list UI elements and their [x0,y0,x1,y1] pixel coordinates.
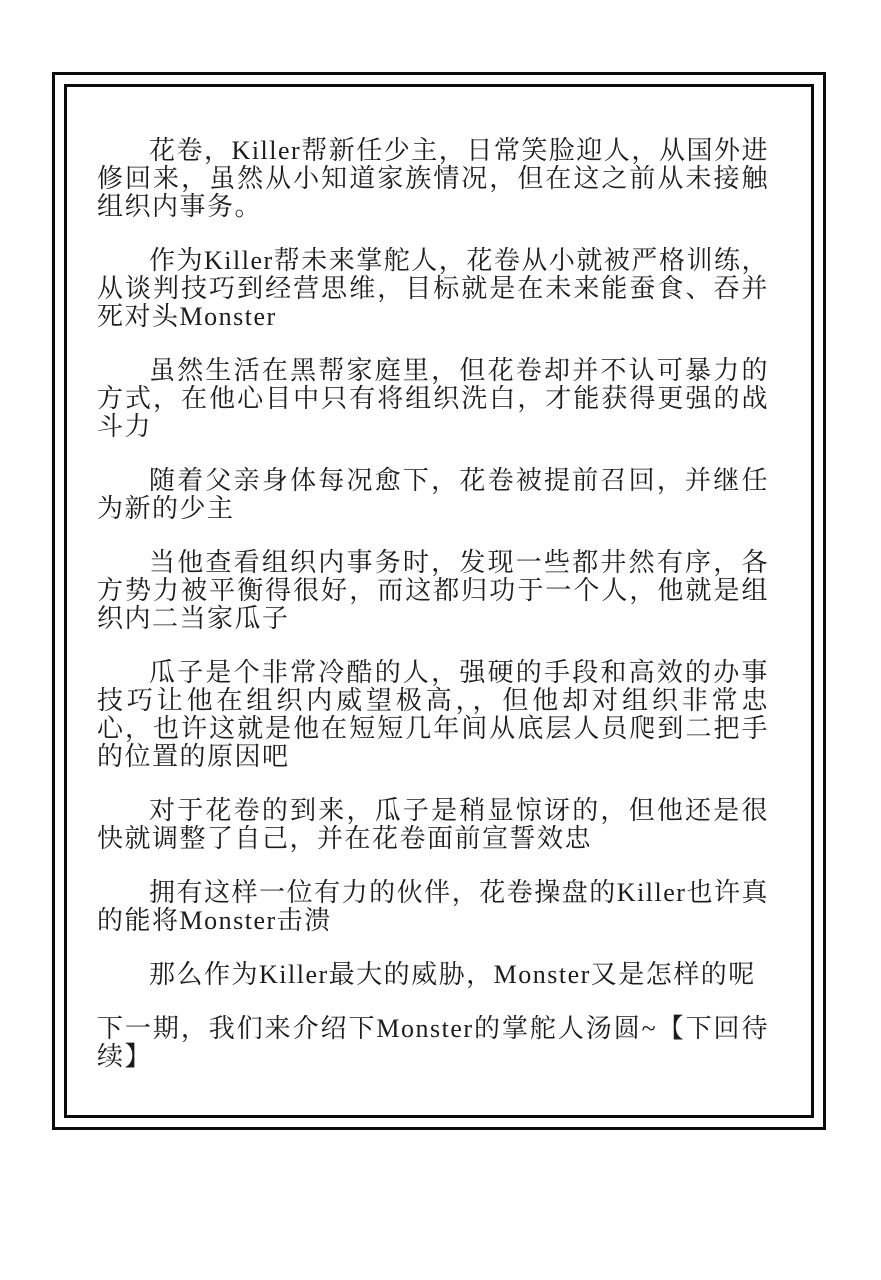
paragraph-3: 虽然生活在黑帮家庭里，但花卷却并不认可暴力的方式，在他心目中只有将组织洗白，才能… [97,357,769,441]
story-text-block: 花卷，Killer帮新任少主，日常笑脸迎人，从国外进修回来，虽然从小知道家族情况… [67,87,811,1115]
paragraph-10-teaser: 下一期，我们来介绍下Monster的掌舵人汤圆~【下回待续】 [97,1015,769,1071]
paragraph-2: 作为Killer帮未来掌舵人，花卷从小就被严格训练，从谈判技巧到经营思维，目标就… [97,247,769,331]
paragraph-1: 花卷，Killer帮新任少主，日常笑脸迎人，从国外进修回来，虽然从小知道家族情况… [97,137,769,221]
paragraph-4: 随着父亲身体每况愈下，花卷被提前召回，并继任为新的少主 [97,467,769,523]
paragraph-9: 那么作为Killer最大的威胁，Monster又是怎样的呢 [97,961,769,989]
paragraph-7: 对于花卷的到来，瓜子是稍显惊讶的，但他还是很快就调整了自己，并在花卷面前宣誓效忠 [97,797,769,853]
outer-border-frame: 花卷，Killer帮新任少主，日常笑脸迎人，从国外进修回来，虽然从小知道家族情况… [52,72,826,1130]
paragraph-5: 当他查看组织内事务时，发现一些都井然有序，各方势力被平衡得很好，而这都归功于一个… [97,549,769,633]
paragraph-6: 瓜子是个非常冷酷的人，强硬的手段和高效的办事技巧让他在组织内威望极高，，但他却对… [97,659,769,771]
inner-border-frame: 花卷，Killer帮新任少主，日常笑脸迎人，从国外进修回来，虽然从小知道家族情况… [64,84,814,1118]
paragraph-8: 拥有这样一位有力的伙伴，花卷操盘的Killer也许真的能将Monster击溃 [97,879,769,935]
document-page: 花卷，Killer帮新任少主，日常笑脸迎人，从国外进修回来，虽然从小知道家族情况… [0,0,881,1280]
